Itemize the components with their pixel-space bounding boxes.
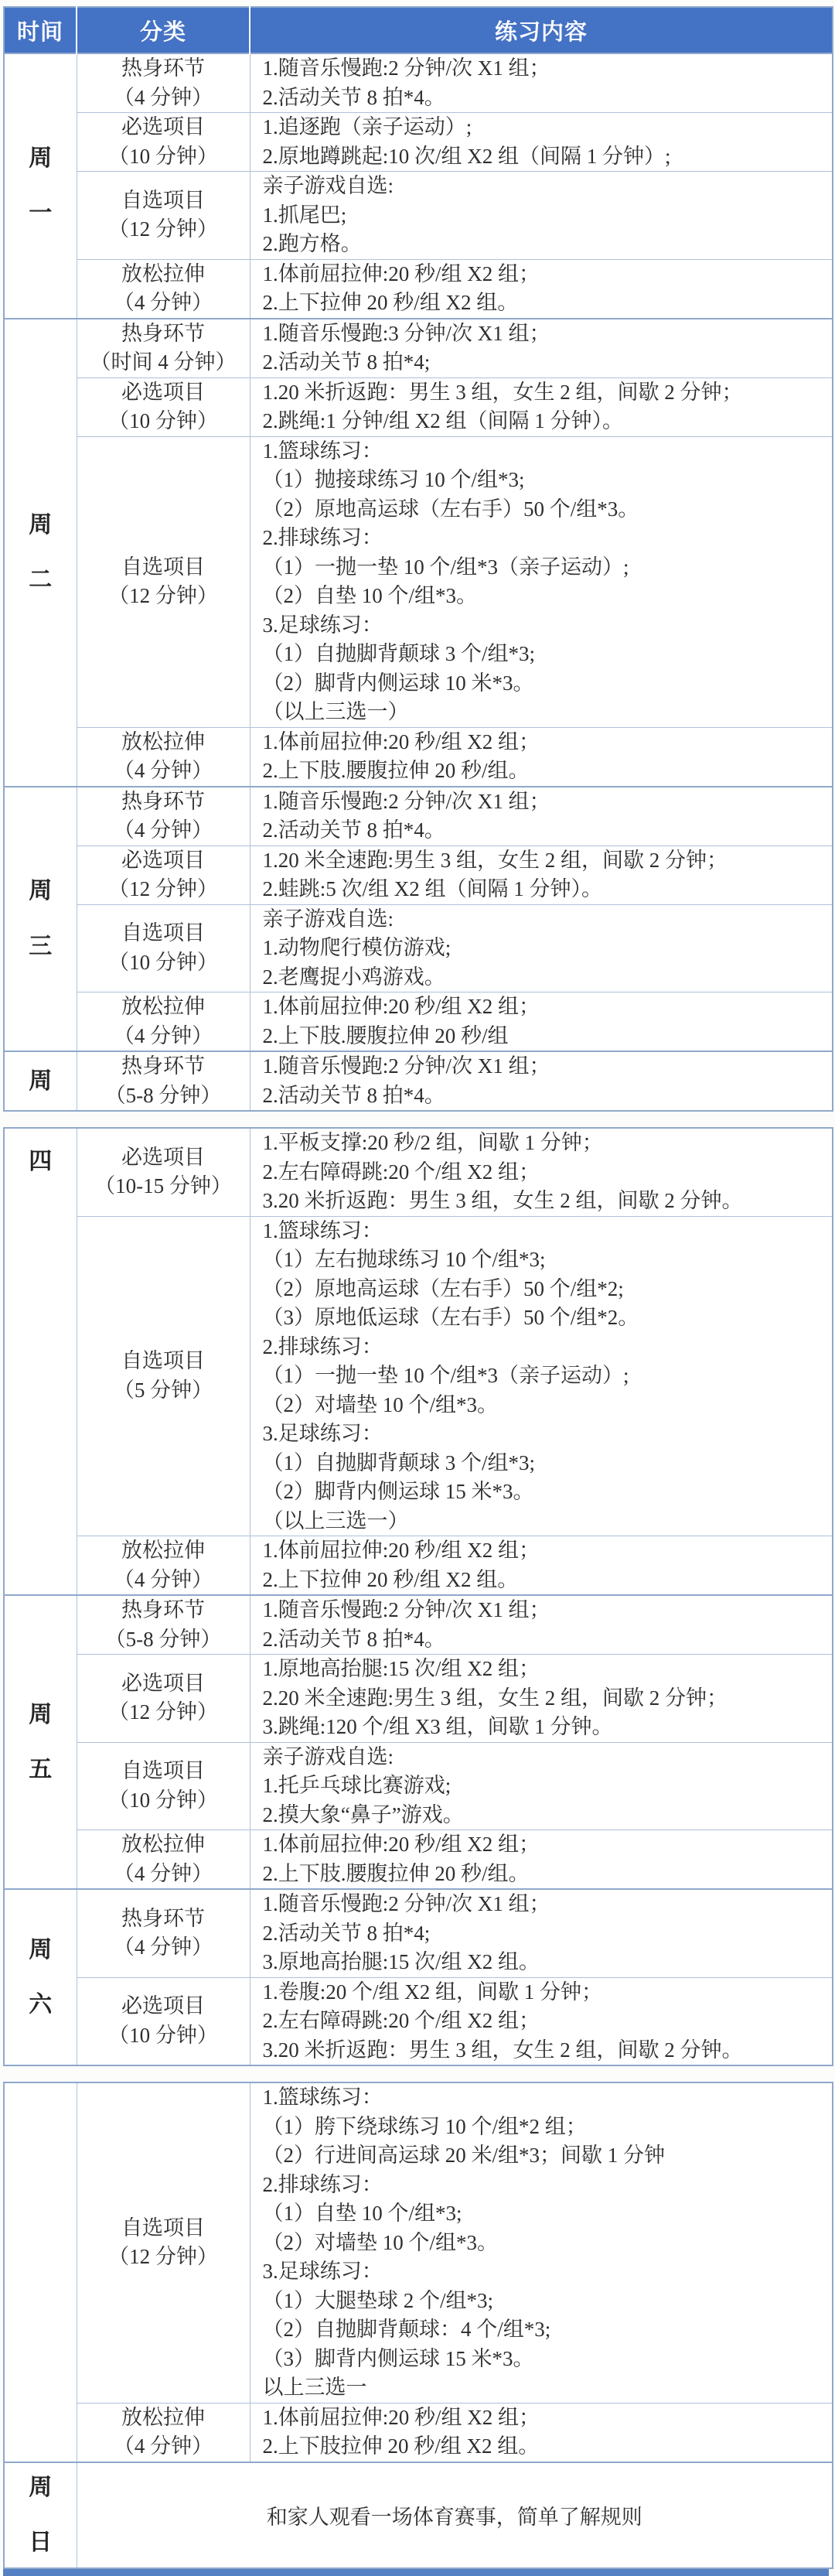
category-label: （5-8 分钟）	[77, 1081, 250, 1111]
content-cell: 1.篮球练习：（1）胯下绕球练习 10 个/组*2 组；（2）行进间高运球 20…	[250, 2082, 833, 2403]
content-line: 1.篮球练习：	[250, 1217, 833, 1246]
category-label: （10 分钟）	[77, 948, 250, 978]
day-cell: 周二	[4, 319, 77, 787]
header-row: 时间分类练习内容	[4, 7, 833, 53]
content-line: （1）一抛一垫 10 个/组*3（亲子运动）;	[250, 1361, 833, 1391]
content-cell: 1.20 米折返跑：男生 3 组，女生 2 组，间歇 2 分钟；2.跳绳:1 分…	[250, 378, 833, 436]
table-row: 自选项目（5 分钟）1.篮球练习：（1）左右抛球练习 10 个/组*3;（2）原…	[4, 1216, 833, 1536]
content-cell: 1.原地高抬腿:15 次/组 X2 组；2.20 米全速跑:男生 3 组，女生 …	[250, 1655, 833, 1743]
content-cell: 1.20 米全速跑:男生 3 组，女生 2 组，间歇 2 分钟；2.蛙跳:5 次…	[250, 846, 833, 904]
table-row: 放松拉伸（4 分钟）1.体前屈拉伸:20 秒/组 X2 组；2.上下肢.腰腹拉伸…	[4, 1830, 833, 1890]
content-line: 3.原地高抬腿:15 次/组 X2 组。	[250, 1948, 833, 1977]
category-label: 自选项目	[77, 186, 250, 216]
category-cell: 必选项目（12 分钟）	[77, 846, 250, 904]
content-cell: 1.卷腹:20 个/组 X2 组，间歇 1 分钟；2.左右障碍跳:20 个/组 …	[250, 1977, 833, 2065]
content-cell: 1.体前屈拉伸:20 秒/组 X2 组；2.上下拉伸 20 秒/组 X2 组。	[250, 1536, 833, 1596]
table-row: 放松拉伸（4 分钟）1.体前屈拉伸:20 秒/组 X2 组；2.上下肢.腰腹拉伸…	[4, 992, 833, 1052]
content-line: 亲子游戏自选:	[250, 905, 833, 934]
category-cell: 自选项目（5 分钟）	[77, 1216, 250, 1536]
content-line: 1.平板支撑:20 秒/2 组，间歇 1 分钟；	[250, 1129, 833, 1158]
day-label-char: 周	[5, 1067, 77, 1096]
day-cell: 周	[4, 1051, 77, 1111]
day-cell: 周日	[4, 2462, 77, 2568]
category-cell: 自选项目（12 分钟）	[77, 172, 250, 260]
content-line: 1.体前屈拉伸:20 秒/组 X2 组；	[250, 260, 833, 289]
content-line: 2.跑方格。	[250, 230, 833, 259]
table-row: 自选项目（12 分钟）亲子游戏自选:1.抓尾巴;2.跑方格。	[4, 172, 833, 260]
day-cell: 周五	[4, 1595, 77, 1889]
table-row: 周六热身环节（4 分钟）1.随音乐慢跑:2 分钟/次 X1 组；2.活动关节 8…	[4, 1889, 833, 1977]
category-label: （12 分钟）	[77, 2243, 250, 2272]
content-line: 3.20 米折返跑：男生 3 组，女生 2 组，间歇 2 分钟。	[250, 2036, 833, 2065]
category-label: 自选项目	[77, 1347, 250, 1376]
day-cell: 周一	[4, 53, 77, 319]
content-line: 1.体前屈拉伸:20 秒/组 X2 组；	[250, 1830, 833, 1860]
content-line: 1.20 米折返跑：男生 3 组，女生 2 组，间歇 2 分钟；	[250, 378, 833, 408]
content-line: （2）行进间高运球 20 米/组*3；间歇 1 分钟	[250, 2141, 833, 2171]
category-label: 必选项目	[77, 846, 250, 876]
table-row: 四必选项目（10-15 分钟）1.平板支撑:20 秒/2 组，间歇 1 分钟；2…	[4, 1128, 833, 1216]
page: 时间分类练习内容周一热身环节（4 分钟）1.随音乐慢跑:2 分钟/次 X1 组；…	[0, 0, 835, 2576]
content-line: 2.活动关节 8 拍*4;	[250, 1919, 833, 1949]
schedule-table-block-1: 时间分类练习内容周一热身环节（4 分钟）1.随音乐慢跑:2 分钟/次 X1 组；…	[3, 6, 833, 1112]
category-cell: 自选项目（10 分钟）	[77, 904, 250, 992]
table-row: 必选项目（10 分钟）1.追逐跑（亲子运动）;2.原地蹲跳起:10 次/组 X2…	[4, 113, 833, 172]
category-cell: 必选项目（10 分钟）	[77, 378, 250, 436]
category-cell: 必选项目（10-15 分钟）	[77, 1128, 250, 1216]
schedule-table-block-2: 四必选项目（10-15 分钟）1.平板支撑:20 秒/2 组，间歇 1 分钟；2…	[3, 1127, 833, 2066]
table-row: 周热身环节（5-8 分钟）1.随音乐慢跑:2 分钟/次 X1 组；2.活动关节 …	[4, 1051, 833, 1111]
category-label: 放松拉伸	[77, 728, 250, 757]
category-label: （10 分钟）	[77, 1786, 250, 1816]
category-cell: 放松拉伸（4 分钟）	[77, 259, 250, 319]
category-label: （4 分钟）	[77, 1933, 250, 1963]
content-line: 1.随音乐慢跑:2 分钟/次 X1 组；	[250, 1052, 833, 1081]
day-label-char: 周	[5, 1935, 77, 1965]
category-label: （12 分钟）	[77, 215, 250, 244]
table-row: 周一热身环节（4 分钟）1.随音乐慢跑:2 分钟/次 X1 组；2.活动关节 8…	[4, 53, 833, 113]
category-label: 自选项目	[77, 2214, 250, 2243]
table-row: 放松拉伸（4 分钟）1.体前屈拉伸:20 秒/组 X2 组；2.上下肢.腰腹拉伸…	[4, 727, 833, 787]
content-line: 2.活动关节 8 拍*4;	[250, 348, 833, 378]
content-line: 2.原地蹲跳起:10 次/组 X2 组（间隔 1 分钟）;	[250, 142, 833, 172]
content-line: 1.随音乐慢跑:2 分钟/次 X1 组；	[250, 1890, 833, 1919]
day-label-char: 日	[5, 2528, 77, 2557]
content-line: 2.上下肢拉伸 20 秒/组 X2 组。	[250, 2432, 833, 2462]
content-line: 1.篮球练习：	[250, 2083, 833, 2113]
content-line: 2.上下拉伸 20 秒/组 X2 组。	[250, 1566, 833, 1595]
content-line: （1）自垫 10 个/组*3;	[250, 2199, 833, 2229]
category-cell: 热身环节（时间 4 分钟）	[77, 319, 250, 378]
category-label: （4 分钟）	[77, 289, 250, 318]
content-line: 2.摸大象“鼻子”游戏。	[250, 1801, 833, 1830]
category-label: （12 分钟）	[77, 582, 250, 611]
content-line: （1）自抛脚背颠球 3 个/组*3;	[250, 1449, 833, 1478]
day-label-char: 五	[5, 1755, 77, 1785]
day-label-char: 周	[5, 1700, 77, 1730]
table-row: 周二热身环节（时间 4 分钟）1.随音乐慢跑:3 分钟/次 X1 组；2.活动关…	[4, 319, 833, 378]
table-row: 必选项目（12 分钟）1.原地高抬腿:15 次/组 X2 组；2.20 米全速跑…	[4, 1655, 833, 1743]
content-line: （2）自抛脚背颠球：4 个/组*3;	[250, 2315, 833, 2345]
category-cell: 放松拉伸（4 分钟）	[77, 1830, 250, 1890]
category-label: （5-8 分钟）	[77, 1625, 250, 1655]
category-label: （4 分钟）	[77, 2432, 250, 2462]
content-cell: 1.篮球练习：（1）抛接球练习 10 个/组*3;（2）原地高运球（左右手）50…	[250, 436, 833, 727]
content-line: 2.上下拉伸 20 秒/组 X2 组。	[250, 289, 833, 318]
content-line: 3.足球练习：	[250, 611, 833, 641]
content-line: （2）对墙垫 10 个/组*3。	[250, 1391, 833, 1420]
category-label: 热身环节	[77, 787, 250, 817]
content-line: （1）胯下绕球练习 10 个/组*2 组；	[250, 2113, 833, 2142]
content-line: 1.托乒乓球比赛游戏;	[250, 1771, 833, 1801]
category-cell: 热身环节（4 分钟）	[77, 53, 250, 113]
content-cell: 1.体前屈拉伸:20 秒/组 X2 组；2.上下肢拉伸 20 秒/组 X2 组。	[250, 2403, 833, 2462]
content-line: 3.足球练习：	[250, 1420, 833, 1449]
day-label-char: 周	[5, 511, 77, 540]
day-label-char: 六	[5, 1990, 77, 2020]
content-line: 1.抓尾巴;	[250, 201, 833, 231]
content-cell: 1.体前屈拉伸:20 秒/组 X2 组；2.上下肢.腰腹拉伸 20 秒/组。	[250, 1830, 833, 1890]
day-cell: 四	[4, 1128, 77, 1595]
content-line: 2.20 米全速跑:男生 3 组，女生 2 组，间歇 2 分钟；	[250, 1684, 833, 1713]
table-row: 必选项目（12 分钟）1.20 米全速跑:男生 3 组，女生 2 组，间歇 2 …	[4, 846, 833, 904]
category-label: 热身环节	[77, 1596, 250, 1625]
category-label: （10 分钟）	[77, 407, 250, 436]
content-cell: 亲子游戏自选:1.托乒乓球比赛游戏;2.摸大象“鼻子”游戏。	[250, 1742, 833, 1830]
schedule-table-block-3: 自选项目（12 分钟）1.篮球练习：（1）胯下绕球练习 10 个/组*2 组；（…	[3, 2082, 833, 2569]
content-line: （2）脚背内侧运球 10 米*3。	[250, 669, 833, 699]
content-cell: 1.体前屈拉伸:20 秒/组 X2 组；2.上下拉伸 20 秒/组 X2 组。	[250, 259, 833, 319]
content-line: 1.随音乐慢跑:2 分钟/次 X1 组；	[250, 787, 833, 817]
content-line: 1.体前屈拉伸:20 秒/组 X2 组；	[250, 992, 833, 1022]
day-label-char: 四	[5, 1147, 77, 1177]
category-cell: 热身环节（5-8 分钟）	[77, 1051, 250, 1111]
category-cell: 放松拉伸（4 分钟）	[77, 992, 250, 1052]
content-line: 2.活动关节 8 拍*4。	[250, 816, 833, 846]
category-label: 放松拉伸	[77, 1536, 250, 1566]
table-row: 自选项目（10 分钟）亲子游戏自选:1.动物爬行模仿游戏;2.老鹰捉小鸡游戏。	[4, 904, 833, 992]
content-line: 1.随音乐慢跑:3 分钟/次 X1 组；	[250, 319, 833, 349]
category-label: （时间 4 分钟）	[77, 348, 250, 378]
content-cell: 亲子游戏自选:1.动物爬行模仿游戏;2.老鹰捉小鸡游戏。	[250, 904, 833, 992]
content-line: 以上三选一	[250, 2373, 833, 2403]
category-label: 放松拉伸	[77, 1830, 250, 1860]
content-line: 1.动物爬行模仿游戏;	[250, 934, 833, 963]
content-cell: 1.随音乐慢跑:2 分钟/次 X1 组；2.活动关节 8 拍*4。	[250, 1051, 833, 1111]
category-label: 必选项目	[77, 1669, 250, 1699]
content-line: 1.体前屈拉伸:20 秒/组 X2 组；	[250, 1536, 833, 1566]
content-line: （以上三选一）	[250, 1507, 833, 1536]
day-label-char: 周	[5, 876, 77, 906]
category-label: （4 分钟）	[77, 84, 250, 113]
category-label: 必选项目	[77, 1992, 250, 2021]
category-label: （4 分钟）	[77, 1566, 250, 1595]
content-cell: 1.随音乐慢跑:3 分钟/次 X1 组；2.活动关节 8 拍*4;	[250, 319, 833, 378]
bottom-accent-bar	[3, 2569, 829, 2576]
content-cell: 1.随音乐慢跑:2 分钟/次 X1 组；2.活动关节 8 拍*4;3.原地高抬腿…	[250, 1889, 833, 1977]
content-line: （1）自抛脚背颠球 3 个/组*3;	[250, 640, 833, 669]
content-line: （1）抛接球练习 10 个/组*3;	[250, 466, 833, 495]
day-label-char: 三	[5, 932, 77, 962]
category-cell: 自选项目（12 分钟）	[77, 2082, 250, 2403]
category-label: 自选项目	[77, 919, 250, 948]
content-line: （3）原地低运球（左右手）50 个/组*2。	[250, 1303, 833, 1333]
content-line: 1.追逐跑（亲子运动）;	[250, 113, 833, 142]
category-cell: 放松拉伸（4 分钟）	[77, 727, 250, 787]
day-label-char: 周	[5, 2473, 77, 2503]
category-cell: 放松拉伸（4 分钟）	[77, 1536, 250, 1596]
header-col-category: 分类	[77, 7, 250, 53]
category-cell: 必选项目（10 分钟）	[77, 1977, 250, 2065]
table-row: 必选项目（10 分钟）1.卷腹:20 个/组 X2 组，间歇 1 分钟；2.左右…	[4, 1977, 833, 2065]
content-line: 1.随音乐慢跑:2 分钟/次 X1 组；	[250, 54, 833, 84]
content-line: 3.足球练习：	[250, 2257, 833, 2287]
category-label: （10 分钟）	[77, 2021, 250, 2051]
category-label: （4 分钟）	[77, 757, 250, 786]
category-label: 放松拉伸	[77, 2403, 250, 2433]
table-row: 周三热身环节（4 分钟）1.随音乐慢跑:2 分钟/次 X1 组；2.活动关节 8…	[4, 787, 833, 846]
content-cell: 1.随音乐慢跑:2 分钟/次 X1 组；2.活动关节 8 拍*4。	[250, 1595, 833, 1655]
category-cell: 热身环节（4 分钟）	[77, 1889, 250, 1977]
content-line: 1.原地高抬腿:15 次/组 X2 组；	[250, 1655, 833, 1684]
schedule-tables: 时间分类练习内容周一热身环节（4 分钟）1.随音乐慢跑:2 分钟/次 X1 组；…	[3, 6, 832, 2569]
header-col-content: 练习内容	[250, 7, 833, 53]
category-label: 放松拉伸	[77, 260, 250, 289]
category-label: （4 分钟）	[77, 1860, 250, 1889]
content-cell: 1.随音乐慢跑:2 分钟/次 X1 组；2.活动关节 8 拍*4。	[250, 787, 833, 846]
table-row: 周五热身环节（5-8 分钟）1.随音乐慢跑:2 分钟/次 X1 组；2.活动关节…	[4, 1595, 833, 1655]
content-line: 2.活动关节 8 拍*4。	[250, 1625, 833, 1655]
content-line: （2）脚背内侧运球 15 米*3。	[250, 1478, 833, 1507]
content-line: 1.体前屈拉伸:20 秒/组 X2 组；	[250, 2403, 833, 2433]
category-label: 必选项目	[77, 378, 250, 408]
category-label: （10 分钟）	[77, 142, 250, 172]
content-line: 2.排球练习：	[250, 2171, 833, 2200]
category-cell: 必选项目（10 分钟）	[77, 113, 250, 172]
category-label: （12 分钟）	[77, 1698, 250, 1727]
category-label: （5 分钟）	[77, 1376, 250, 1406]
content-line: 亲子游戏自选:	[250, 1743, 833, 1772]
content-line: 2.上下肢.腰腹拉伸 20 秒/组	[250, 1022, 833, 1051]
table-row: 放松拉伸（4 分钟）1.体前屈拉伸:20 秒/组 X2 组；2.上下拉伸 20 …	[4, 1536, 833, 1596]
content-cell: 1.篮球练习：（1）左右抛球练习 10 个/组*3;（2）原地高运球（左右手）5…	[250, 1216, 833, 1536]
content-line: （1）大腿垫球 2 个/组*3;	[250, 2287, 833, 2316]
content-line: （2）原地高运球（左右手）50 个/组*2;	[250, 1275, 833, 1304]
category-cell: 必选项目（12 分钟）	[77, 1655, 250, 1743]
category-label: 必选项目	[77, 1143, 250, 1173]
category-label: 自选项目	[77, 1757, 250, 1786]
content-line: 2.排球练习：	[250, 1333, 833, 1362]
content-cell: 亲子游戏自选:1.抓尾巴;2.跑方格。	[250, 172, 833, 260]
content-line: （3）脚背内侧运球 15 米*3。	[250, 2345, 833, 2374]
content-line: 1.20 米全速跑:男生 3 组，女生 2 组，间歇 2 分钟；	[250, 846, 833, 876]
category-label: 热身环节	[77, 1905, 250, 1934]
content-cell: 1.追逐跑（亲子运动）;2.原地蹲跳起:10 次/组 X2 组（间隔 1 分钟）…	[250, 113, 833, 172]
category-cell: 自选项目（10 分钟）	[77, 1742, 250, 1830]
content-line: 3.跳绳:120 个/组 X3 组，间歇 1 分钟。	[250, 1713, 833, 1742]
content-line: （2）自垫 10 个/组*3。	[250, 582, 833, 611]
header-col-time: 时间	[4, 7, 77, 53]
content-line: 1.随音乐慢跑:2 分钟/次 X1 组；	[250, 1596, 833, 1625]
content-line: （1）一抛一垫 10 个/组*3（亲子运动）;	[250, 553, 833, 583]
content-line: 2.排球练习：	[250, 524, 833, 553]
table-row: 放松拉伸（4 分钟）1.体前屈拉伸:20 秒/组 X2 组；2.上下肢拉伸 20…	[4, 2403, 833, 2462]
day-cell	[4, 2082, 77, 2462]
content-line: 1.篮球练习：	[250, 437, 833, 466]
category-cell: 热身环节（5-8 分钟）	[77, 1595, 250, 1655]
table-row: 自选项目（12 分钟）1.篮球练习：（1）胯下绕球练习 10 个/组*2 组；（…	[4, 2082, 833, 2403]
content-line: 2.左右障碍跳:20 个/组 X2 组；	[250, 2007, 833, 2036]
category-cell: 热身环节（4 分钟）	[77, 787, 250, 846]
table-row: 自选项目（10 分钟）亲子游戏自选:1.托乒乓球比赛游戏;2.摸大象“鼻子”游戏…	[4, 1742, 833, 1830]
content-line: 3.20 米折返跑：男生 3 组，女生 2 组，间歇 2 分钟。	[250, 1187, 833, 1216]
content-line: 2.上下肢.腰腹拉伸 20 秒/组。	[250, 1860, 833, 1889]
content-line: 2.左右障碍跳:20 个/组 X2 组；	[250, 1158, 833, 1187]
content-line: 1.卷腹:20 个/组 X2 组，间歇 1 分钟；	[250, 1978, 833, 2007]
table-row: 必选项目（10 分钟）1.20 米折返跑：男生 3 组，女生 2 组，间歇 2 …	[4, 378, 833, 436]
category-label: （12 分钟）	[77, 875, 250, 904]
table-row: 放松拉伸（4 分钟）1.体前屈拉伸:20 秒/组 X2 组；2.上下拉伸 20 …	[4, 259, 833, 319]
category-cell: 放松拉伸（4 分钟）	[77, 2403, 250, 2462]
content-cell: 1.平板支撑:20 秒/2 组，间歇 1 分钟；2.左右障碍跳:20 个/组 X…	[250, 1128, 833, 1216]
content-line: 2.活动关节 8 拍*4。	[250, 84, 833, 113]
category-label: 热身环节	[77, 1052, 250, 1081]
content-line: 2.活动关节 8 拍*4。	[250, 1081, 833, 1111]
content-line: （以上三选一）	[250, 698, 833, 727]
day-label-char: 一	[5, 199, 77, 228]
category-label: （4 分钟）	[77, 816, 250, 846]
table-row: 自选项目（12 分钟）1.篮球练习：（1）抛接球练习 10 个/组*3;（2）原…	[4, 436, 833, 727]
content-line: 2.跳绳:1 分钟/组 X2 组（间隔 1 分钟）。	[250, 407, 833, 436]
content-line: 2.蛙跳:5 次/组 X2 组（间隔 1 分钟）。	[250, 875, 833, 904]
day-label-char: 二	[5, 565, 77, 595]
category-label: 热身环节	[77, 319, 250, 349]
content-line: 2.上下肢.腰腹拉伸 20 秒/组。	[250, 757, 833, 786]
category-label: 必选项目	[77, 113, 250, 142]
category-label: 放松拉伸	[77, 992, 250, 1022]
day-cell: 周六	[4, 1889, 77, 2065]
content-line: 亲子游戏自选:	[250, 172, 833, 201]
content-line: （1）左右抛球练习 10 个/组*3;	[250, 1245, 833, 1275]
day-label-char: 周	[5, 144, 77, 173]
category-cell: 自选项目（12 分钟）	[77, 436, 250, 727]
content-line: 2.老鹰捉小鸡游戏。	[250, 963, 833, 992]
content-line: 1.体前屈拉伸:20 秒/组 X2 组；	[250, 728, 833, 757]
table-row: 周日和家人观看一场体育赛事，简单了解规则	[4, 2462, 833, 2568]
day-cell: 周三	[4, 787, 77, 1052]
category-label: （10-15 分钟）	[77, 1172, 250, 1201]
category-label: （4 分钟）	[77, 1022, 250, 1051]
category-label: 热身环节	[77, 54, 250, 84]
content-cell: 1.体前屈拉伸:20 秒/组 X2 组；2.上下肢.腰腹拉伸 20 秒/组	[250, 992, 833, 1052]
content-cell: 1.体前屈拉伸:20 秒/组 X2 组；2.上下肢.腰腹拉伸 20 秒/组。	[250, 727, 833, 787]
sunday-note-cell: 和家人观看一场体育赛事，简单了解规则	[77, 2462, 833, 2568]
content-line: （2）原地高运球（左右手）50 个/组*3。	[250, 495, 833, 524]
category-label: 自选项目	[77, 553, 250, 583]
content-cell: 1.随音乐慢跑:2 分钟/次 X1 组；2.活动关节 8 拍*4。	[250, 53, 833, 113]
content-line: （2）对墙垫 10 个/组*3。	[250, 2229, 833, 2258]
